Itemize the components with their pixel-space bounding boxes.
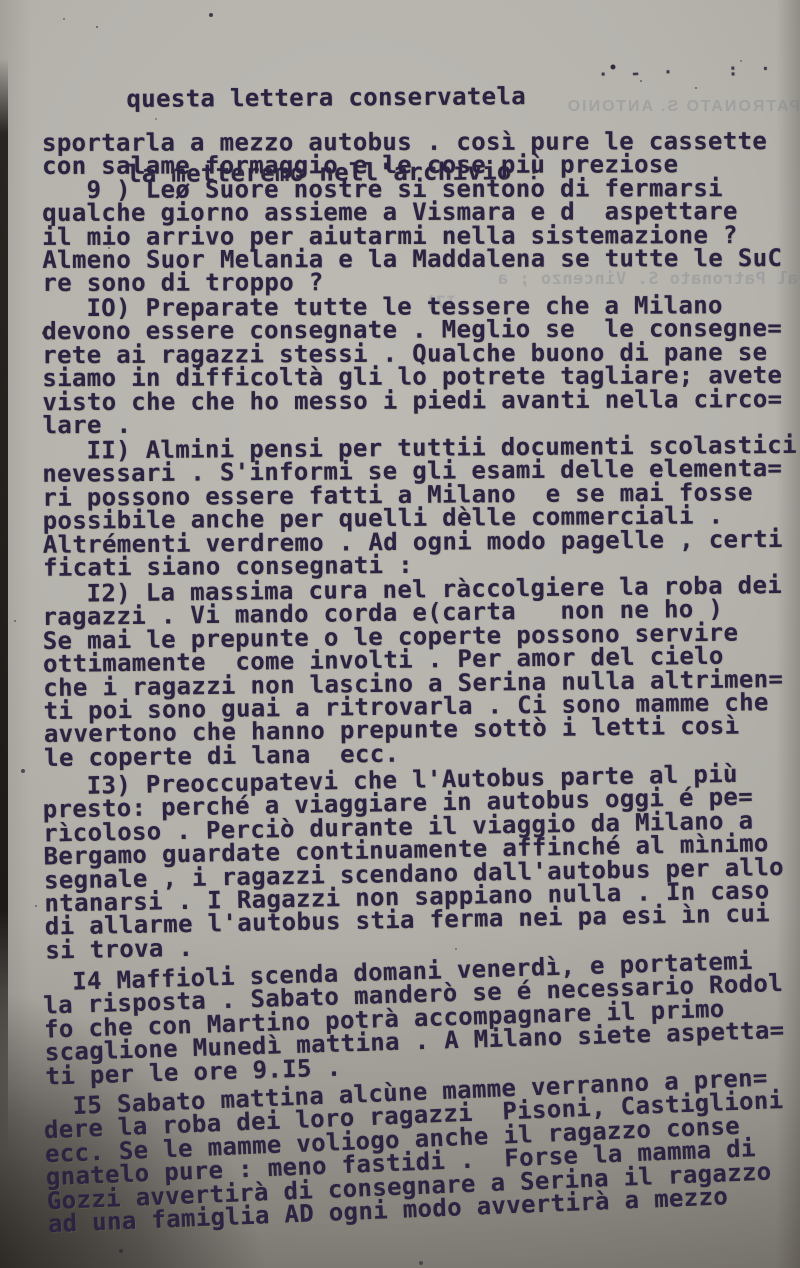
letter-body: sportarla a mezzo autobus . così pure le… — [42, 130, 782, 1206]
paragraph-15: I5 Sabato mattina alcùne mamme verranno … — [43, 1066, 788, 1237]
paper-specks — [0, 0, 2, 2]
paragraph-11: II) Almini pensi per tuttii documenti sc… — [42, 434, 783, 580]
paragraph-12: I2) La massima cura nel ràccolgiere la r… — [42, 574, 784, 770]
paragraph-intro-and-9: sportarla a mezzo autobus . così pure le… — [42, 130, 782, 296]
paragraph-13: I3) Preoccupatevi che l'Autobus parte al… — [42, 762, 785, 963]
film-edge-shadow — [0, 58, 8, 1150]
pen-marks: · - · : · — [598, 59, 777, 85]
text-line: visto che che ho messo i piedi avanti ne… — [42, 387, 782, 414]
paragraph-10: IO) Preparate tutte le tessere che a Mil… — [42, 294, 783, 438]
letter-photo: PATRONATO S. ANTONIO al Patronato S. Vin… — [0, 0, 800, 1268]
bleedthrough-letterhead: PATRONATO S. ANTONIO — [545, 98, 800, 116]
annotation-line-1: questa lettera conservatela — [126, 85, 541, 111]
